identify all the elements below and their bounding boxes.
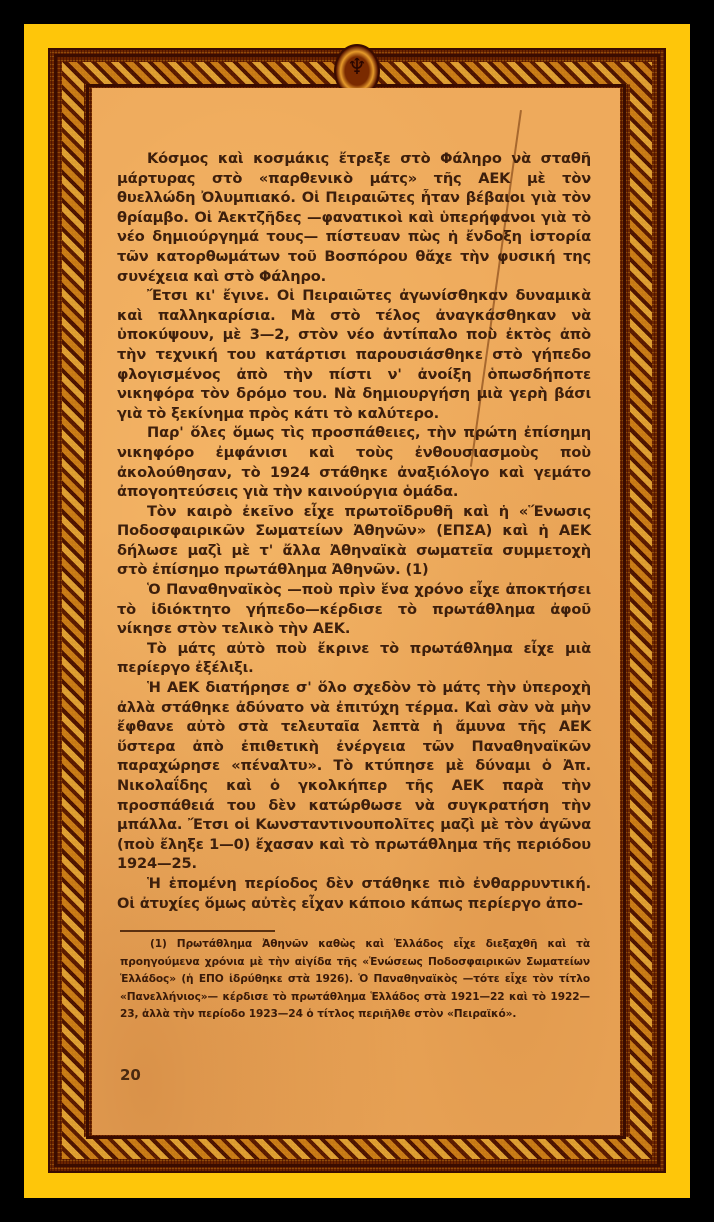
body-text: Κόσμος καὶ κοσμάκις ἔτρεξε στὸ Φάληρο νὰ… (117, 149, 591, 913)
paragraph: Ὁ Παναθηναϊκὸς —ποὺ πρὶν ἕνα χρόνο εἶχε … (117, 580, 591, 639)
paragraph: Ἡ ΑΕΚ διατήρησε σ' ὅλο σχεδὸν τὸ μάτς τὴ… (117, 678, 591, 874)
footnote-text: (1) Πρωτάθλημα Ἀθηνῶν καθὼς καὶ Ἑλλάδος … (120, 936, 590, 1024)
paragraph: Τὸ μάτς αὐτὸ ποὺ ἔκρινε τὸ πρωτάθλημα εἶ… (117, 639, 591, 678)
footnote-rule (120, 930, 275, 932)
paragraph: Ἡ ἑπομένη περίοδος δὲν στάθηκε πιὸ ἐνθαρ… (117, 874, 591, 913)
footnote: (1) Πρωτάθλημα Ἀθηνῶν καθὼς καὶ Ἑλλάδος … (120, 936, 590, 1024)
paragraph: Ἔτσι κι' ἔγινε. Οἱ Πειραιῶτες ἀγωνίσθηκα… (117, 286, 591, 423)
paragraph: Παρ' ὅλες ὅμως τὶς προσπάθειες, τὴν πρώτ… (117, 423, 591, 501)
emblem-glyph: ♆ (336, 57, 378, 79)
paragraph: Κόσμος καὶ κοσμάκις ἔτρεξε στὸ Φάληρο νὰ… (117, 149, 591, 286)
paragraph: Τὸν καιρὸ ἐκεῖνο εἶχε πρωτοϊδρυθῆ καὶ ἡ … (117, 502, 591, 580)
page-number: 20 (120, 1066, 141, 1084)
